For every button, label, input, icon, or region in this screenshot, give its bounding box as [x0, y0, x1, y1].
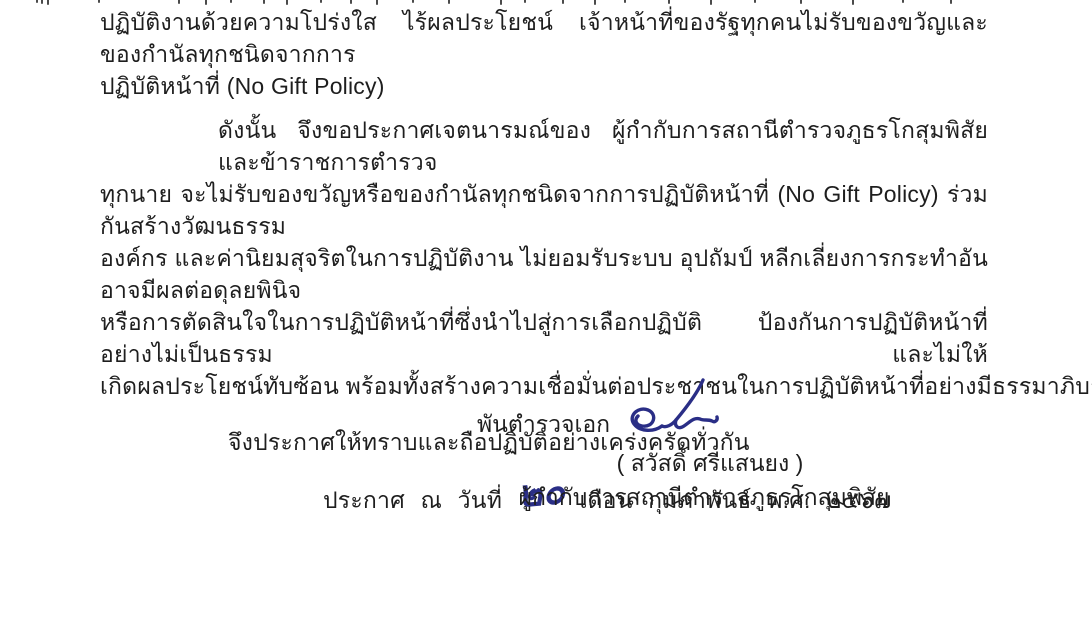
fragment-mark: [950, 0, 952, 4]
paragraph-gap: [100, 102, 988, 114]
fragment-mark: [36, 0, 38, 3]
rank-label: พันตำรวจเอก: [477, 407, 610, 443]
signature-scribble: [618, 374, 728, 446]
body-line: หรือการตัดสินใจในการปฏิบัติหน้าที่ซึ่งนำ…: [100, 306, 988, 370]
fragment-mark: [754, 0, 756, 3]
scanned-document-page: ปฏิบัติงานด้วยความโปร่งใส ไร้ผลประโยชน์ …: [0, 0, 1092, 630]
body-line: ปฏิบัติหน้าที่ (No Gift Policy): [100, 70, 988, 102]
fragment-mark: [286, 0, 288, 5]
fragment-mark: [263, 0, 265, 4]
body-line: องค์กร และค่านิยมสุจริตในการปฏิบัติงาน ไ…: [100, 242, 988, 306]
fragment-mark: [230, 0, 232, 3]
body-line: ทุกนาย จะไม่รับของขวัญหรือของกำนัลทุกชนิ…: [100, 178, 988, 242]
fragment-mark: [320, 0, 322, 3]
fragment-mark: [668, 0, 670, 4]
fragment-mark: [500, 0, 502, 5]
fragment-mark: [448, 0, 450, 4]
fragment-mark: [41, 0, 43, 4]
fragment-mark: [710, 0, 712, 5]
fragment-mark: [178, 0, 180, 4]
fragment-mark: [350, 0, 352, 4]
signer-position: ผู้กำกับการสถานีตำรวจภูธรโกสุมพิสัย: [518, 480, 890, 516]
body-line: ดังนั้น จึงขอประกาศเจตนารมณ์ของ ผู้กำกับ…: [100, 114, 988, 178]
fragment-mark: [47, 0, 49, 5]
fragment-mark: [205, 0, 207, 5]
fragment-mark: [376, 0, 378, 5]
fragment-mark: [800, 0, 802, 4]
fragment-mark: [562, 0, 564, 4]
body-line: ปฏิบัติงานด้วยความโปร่งใส ไร้ผลประโยชน์ …: [100, 6, 988, 70]
fragment-mark: [412, 0, 414, 3]
fragment-mark: [852, 0, 854, 5]
signature-block: พันตำรวจเอก ( สวัสดิ์ ศรีแสนยง ) ผู้กำกั…: [0, 364, 1092, 544]
fragment-mark: [524, 0, 526, 3]
fragment-mark: [902, 0, 904, 3]
fragment-mark: [624, 0, 626, 3]
fragment-mark: [98, 0, 100, 3]
fragment-mark: [594, 0, 596, 5]
signer-name: ( สวัสดิ์ ศรีแสนยง ): [560, 446, 860, 482]
